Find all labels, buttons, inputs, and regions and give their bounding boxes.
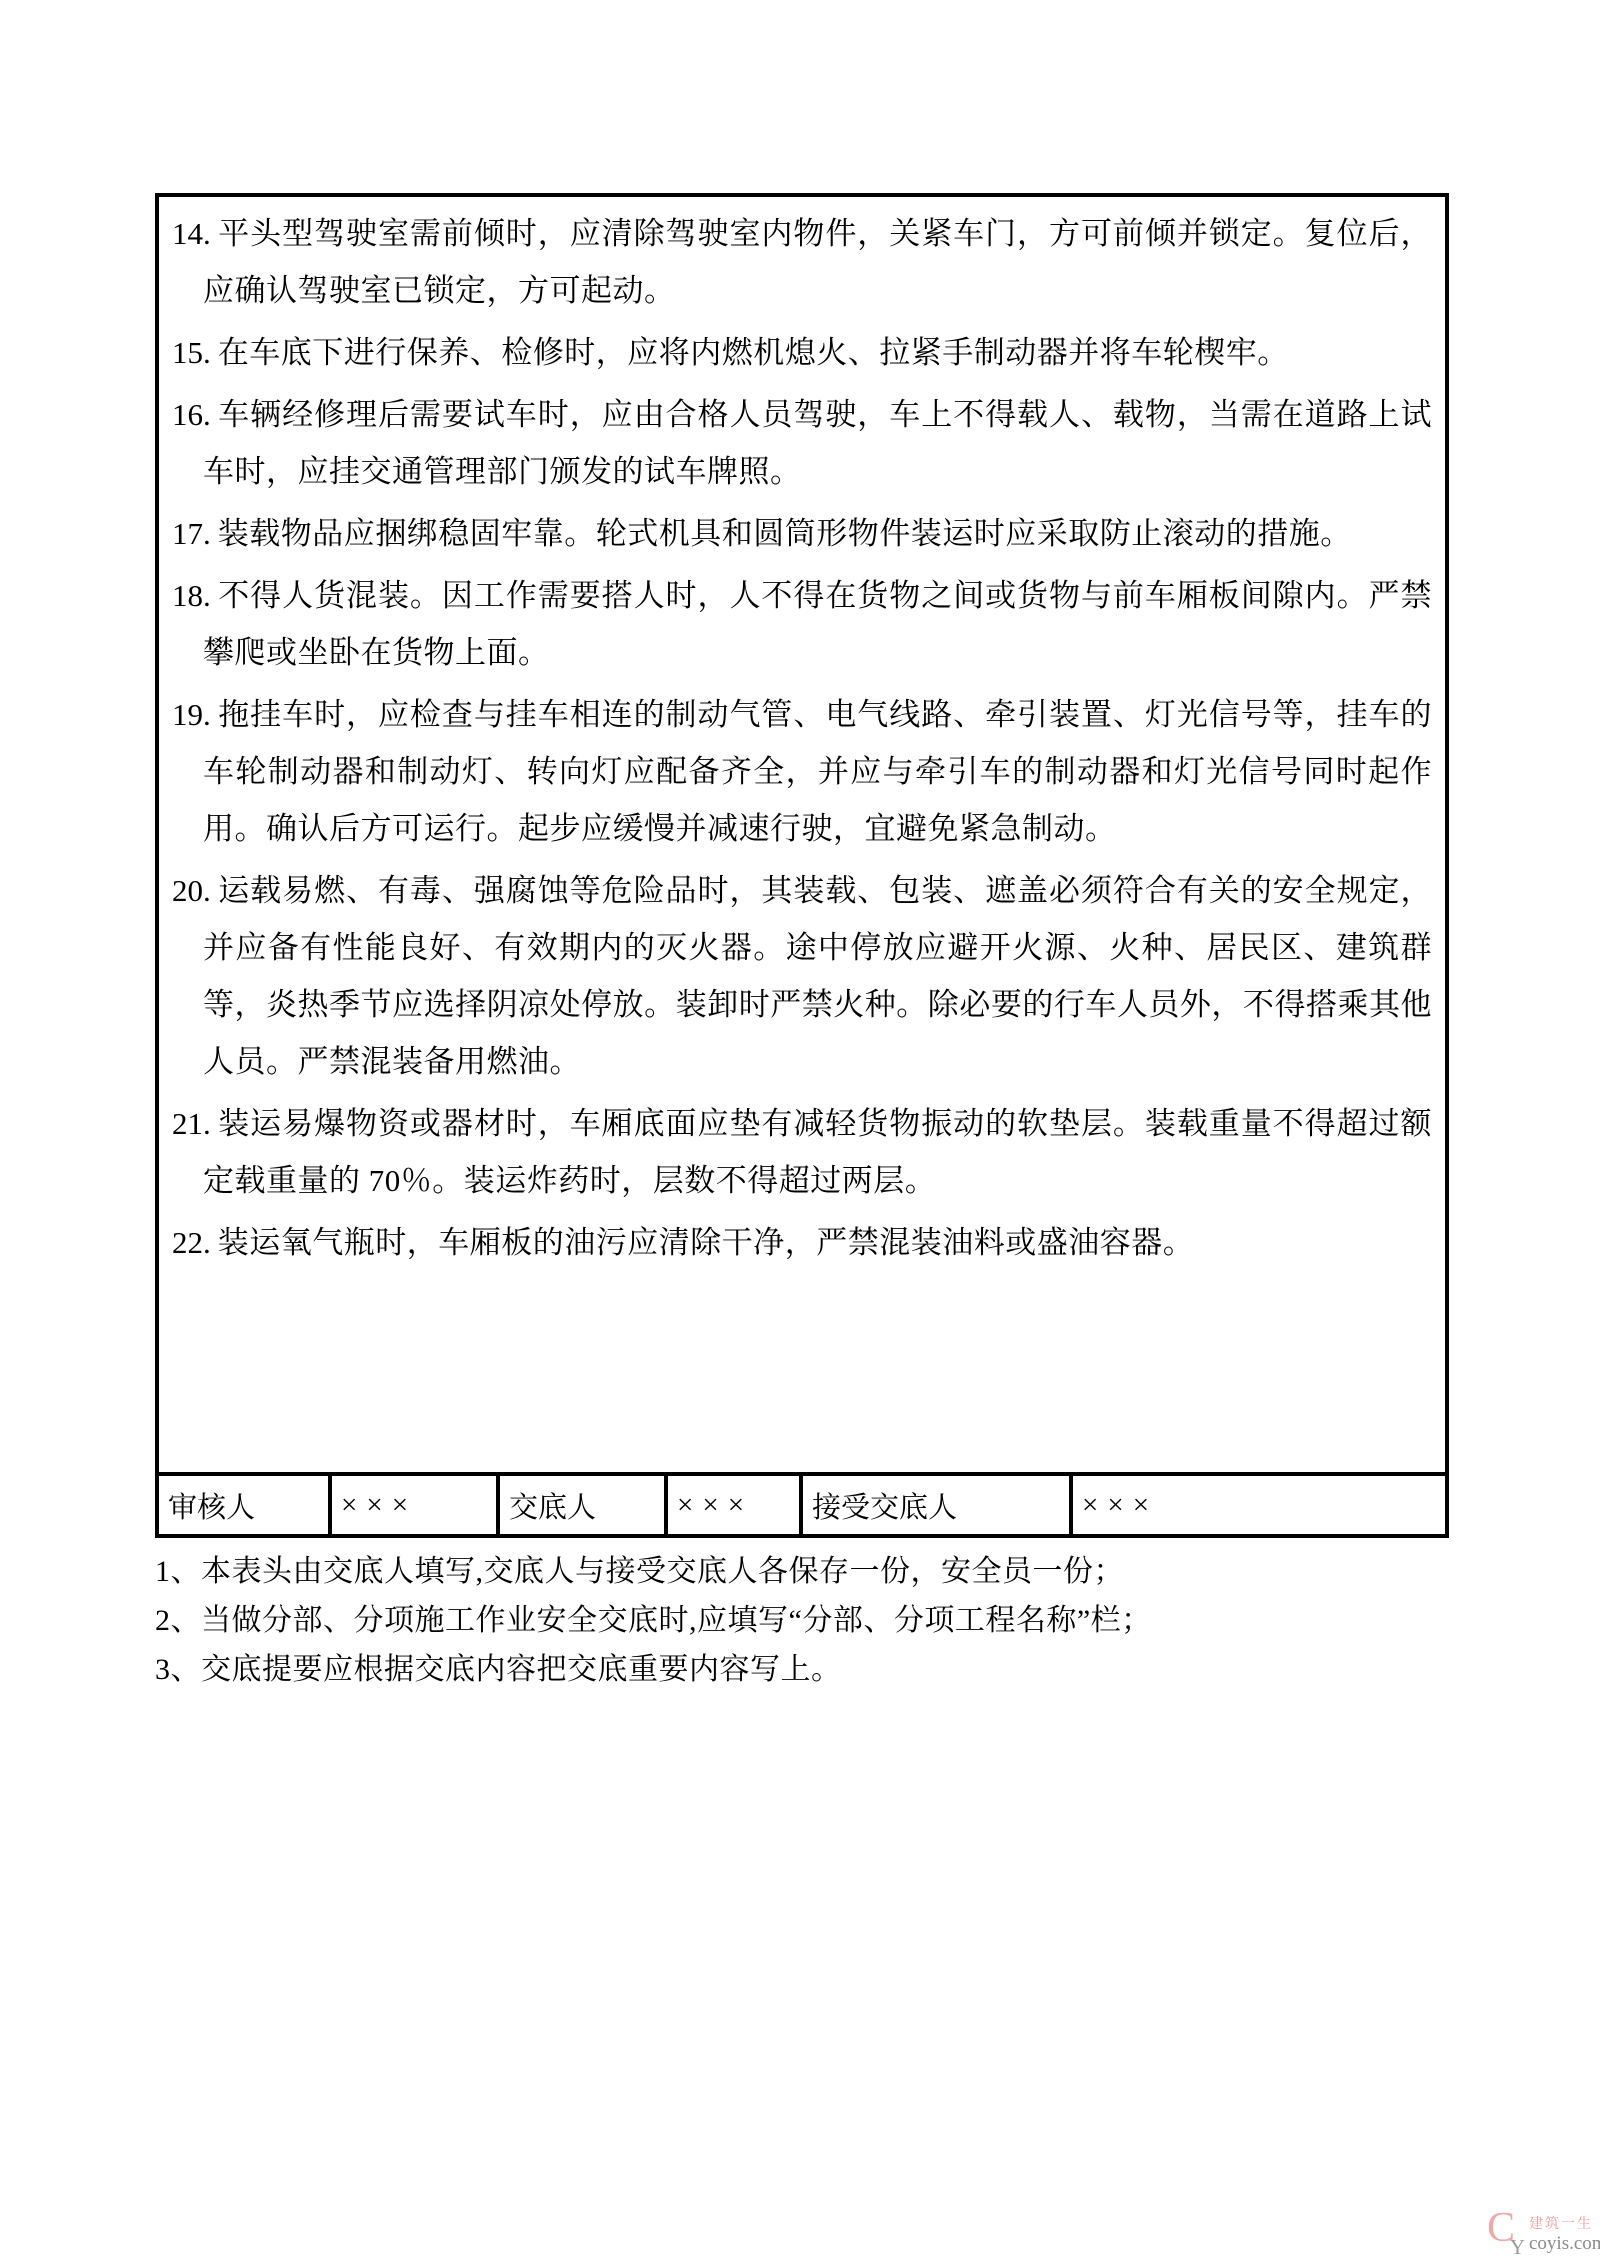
watermark-text: 建筑一生 coyis.com bbox=[1529, 2217, 1600, 2255]
receiver-label-cell: 接受交底人 bbox=[803, 1476, 1073, 1534]
reviewer-value-cell: ××× bbox=[332, 1476, 500, 1534]
reviewer-signature: ××× bbox=[341, 1489, 417, 1522]
watermark-site: coyis.com bbox=[1529, 2233, 1600, 2255]
rule-item-16: 16.车辆经修理后需要试车时，应由合格人员驾驶，车上不得载人、载物，当需在道路上… bbox=[172, 386, 1432, 500]
rule-number: 22. bbox=[172, 1225, 211, 1260]
discloser-value-cell: ××× bbox=[668, 1476, 803, 1534]
document-page: 14.平头型驾驶室需前倾时，应清除驾驶室内物件，关紧车门，方可前倾并锁定。复位后… bbox=[0, 0, 1600, 2262]
footnote-2: 2、当做分部、分项施工作业安全交底时,应填写“分部、分项工程名称”栏； bbox=[155, 1596, 1500, 1645]
rule-number: 17. bbox=[172, 516, 211, 551]
safety-disclosure-box: 14.平头型驾驶室需前倾时，应清除驾驶室内物件，关紧车门，方可前倾并锁定。复位后… bbox=[155, 193, 1449, 1538]
rule-text: 在车底下进行保养、检修时，应将内燃机熄火、拉紧手制动器并将车轮楔牢。 bbox=[218, 335, 1289, 370]
rule-text: 运载易燃、有毒、强腐蚀等危险品时，其装载、包装、遮盖必须符合有关的安全规定，并应… bbox=[203, 873, 1432, 1079]
rule-text: 装运氧气瓶时，车厢板的油污应清除干净，严禁混装油料或盛油容器。 bbox=[218, 1225, 1195, 1260]
rule-number: 14. bbox=[172, 216, 211, 251]
footnotes: 1、本表头由交底人填写,交底人与接受交底人各保存一份，安全员一份； 2、当做分部… bbox=[155, 1547, 1500, 1694]
discloser-signature: ××× bbox=[677, 1489, 753, 1522]
rule-number: 20. bbox=[172, 873, 211, 908]
logo-letter-y: Y bbox=[1510, 2237, 1525, 2258]
footnote-3: 3、交底提要应根据交底内容把交底重要内容写上。 bbox=[155, 1645, 1500, 1694]
receiver-value-cell: ××× bbox=[1073, 1476, 1445, 1534]
signature-row: 审核人 ××× 交底人 ××× 接受交底人 ××× bbox=[159, 1472, 1445, 1534]
discloser-label: 交底人 bbox=[509, 1485, 596, 1526]
rule-text: 装载物品应捆绑稳固牢靠。轮式机具和圆筒形物件装运时应采取防止滚动的措施。 bbox=[218, 516, 1352, 551]
rule-item-14: 14.平头型驾驶室需前倾时，应清除驾驶室内物件，关紧车门，方可前倾并锁定。复位后… bbox=[172, 205, 1432, 319]
receiver-label: 接受交底人 bbox=[812, 1485, 957, 1526]
rule-item-18: 18.不得人货混装。因工作需要搭人时，人不得在货物之间或货物与前车厢板间隙内。严… bbox=[172, 567, 1432, 681]
reviewer-label-cell: 审核人 bbox=[159, 1476, 332, 1534]
rule-item-22: 22.装运氧气瓶时，车厢板的油污应清除干净，严禁混装油料或盛油容器。 bbox=[172, 1214, 1432, 1271]
discloser-label-cell: 交底人 bbox=[500, 1476, 668, 1534]
rule-text: 装运易爆物资或器材时，车厢底面应垫有减轻货物振动的软垫层。装载重量不得超过额定载… bbox=[203, 1106, 1432, 1198]
footnote-1: 1、本表头由交底人填写,交底人与接受交底人各保存一份，安全员一份； bbox=[155, 1547, 1500, 1596]
rule-number: 15. bbox=[172, 335, 211, 370]
rule-text: 不得人货混装。因工作需要搭人时，人不得在货物之间或货物与前车厢板间隙内。严禁攀爬… bbox=[203, 578, 1432, 670]
watermark-brand: 建筑一生 bbox=[1529, 2217, 1600, 2233]
rule-item-15: 15.在车底下进行保养、检修时，应将内燃机熄火、拉紧手制动器并将车轮楔牢。 bbox=[172, 324, 1432, 381]
coyis-logo-icon: C Y bbox=[1487, 2209, 1523, 2255]
rule-number: 16. bbox=[172, 397, 211, 432]
receiver-signature: ××× bbox=[1082, 1489, 1158, 1522]
rule-number: 19. bbox=[172, 697, 211, 732]
rule-text: 平头型驾驶室需前倾时，应清除驾驶室内物件，关紧车门，方可前倾并锁定。复位后，应确… bbox=[203, 216, 1432, 308]
coyis-watermark: C Y 建筑一生 coyis.com bbox=[1487, 2209, 1600, 2255]
reviewer-label: 审核人 bbox=[168, 1485, 255, 1526]
rule-number: 21. bbox=[172, 1106, 211, 1141]
rule-item-20: 20.运载易燃、有毒、强腐蚀等危险品时，其装载、包装、遮盖必须符合有关的安全规定… bbox=[172, 862, 1432, 1090]
rule-text: 拖挂车时，应检查与挂车相连的制动气管、电气线路、牵引装置、灯光信号等，挂车的车轮… bbox=[203, 697, 1432, 846]
rule-item-21: 21.装运易爆物资或器材时，车厢底面应垫有减轻货物振动的软垫层。装载重量不得超过… bbox=[172, 1095, 1432, 1209]
rule-item-19: 19.拖挂车时，应检查与挂车相连的制动气管、电气线路、牵引装置、灯光信号等，挂车… bbox=[172, 686, 1432, 857]
rule-number: 18. bbox=[172, 578, 211, 613]
rules-list: 14.平头型驾驶室需前倾时，应清除驾驶室内物件，关紧车门，方可前倾并锁定。复位后… bbox=[159, 197, 1445, 1276]
rule-item-17: 17.装载物品应捆绑稳固牢靠。轮式机具和圆筒形物件装运时应采取防止滚动的措施。 bbox=[172, 505, 1432, 562]
rule-text: 车辆经修理后需要试车时，应由合格人员驾驶，车上不得载人、载物，当需在道路上试车时… bbox=[203, 397, 1432, 489]
